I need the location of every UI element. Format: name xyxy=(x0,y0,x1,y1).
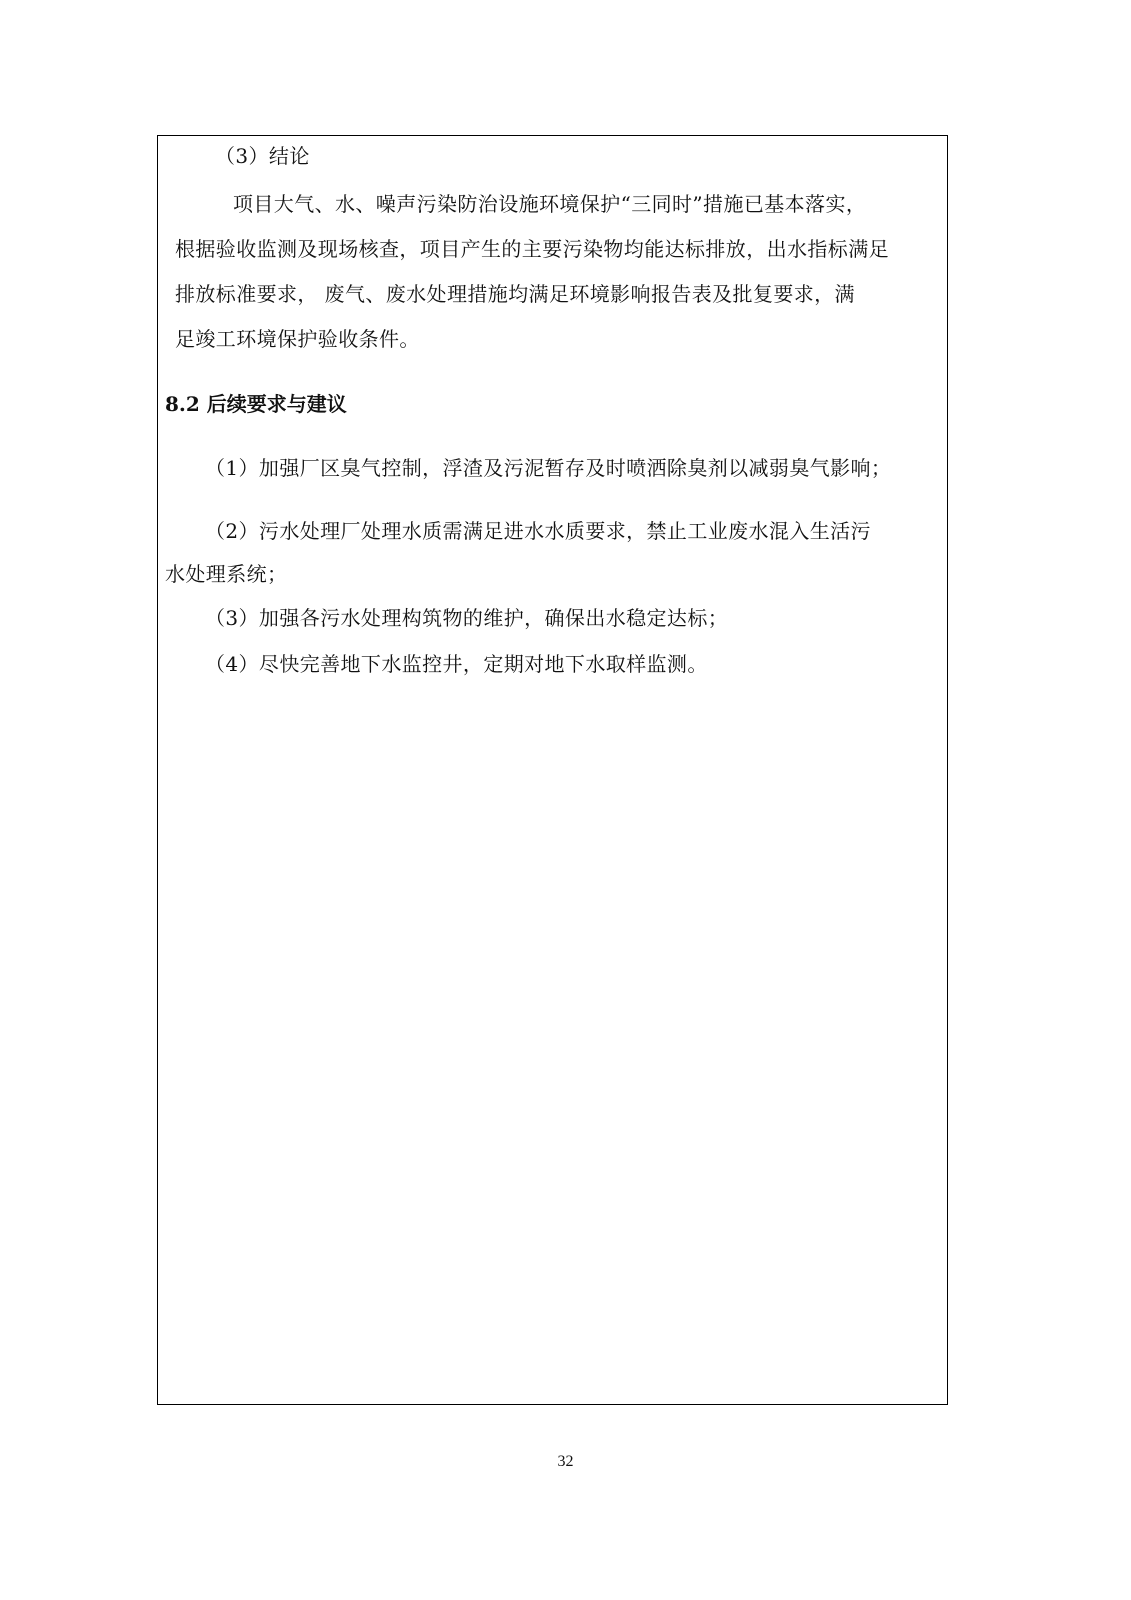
conclusion-line-3: 排放标准要求， 废气、废水处理措施均满足环境影响报告表及批复要求，满 xyxy=(175,278,855,307)
suggestion-item-3: （3）加强各污水处理构筑物的维护，确保出水稳定达标； xyxy=(205,602,728,631)
page-number: 32 xyxy=(0,1453,1131,1471)
suggestion-item-1: （1）加强厂区臭气控制，浮渣及污泥暂存及时喷洒除臭剂以减弱臭气影响； xyxy=(205,452,891,481)
section-heading-8-2: 8.2 后续要求与建议 xyxy=(165,388,347,417)
conclusion-line-2: 根据验收监测及现场核查，项目产生的主要污染物均能达标排放，出水指标满足 xyxy=(175,233,889,262)
suggestion-item-4: （4）尽快完善地下水监控井，定期对地下水取样监测。 xyxy=(205,648,708,677)
conclusion-line-4: 足竣工环境保护验收条件。 xyxy=(175,323,420,352)
conclusion-title: （3）结论 xyxy=(215,140,310,169)
suggestion-item-2-cont: 水处理系统； xyxy=(165,558,287,587)
conclusion-line-1: 项目大气、水、噪声污染防治设施环境保护“三同时”措施已基本落实， xyxy=(233,188,866,217)
suggestion-item-2: （2）污水处理厂处理水质需满足进水水质要求，禁止工业废水混入生活污 xyxy=(205,515,871,544)
